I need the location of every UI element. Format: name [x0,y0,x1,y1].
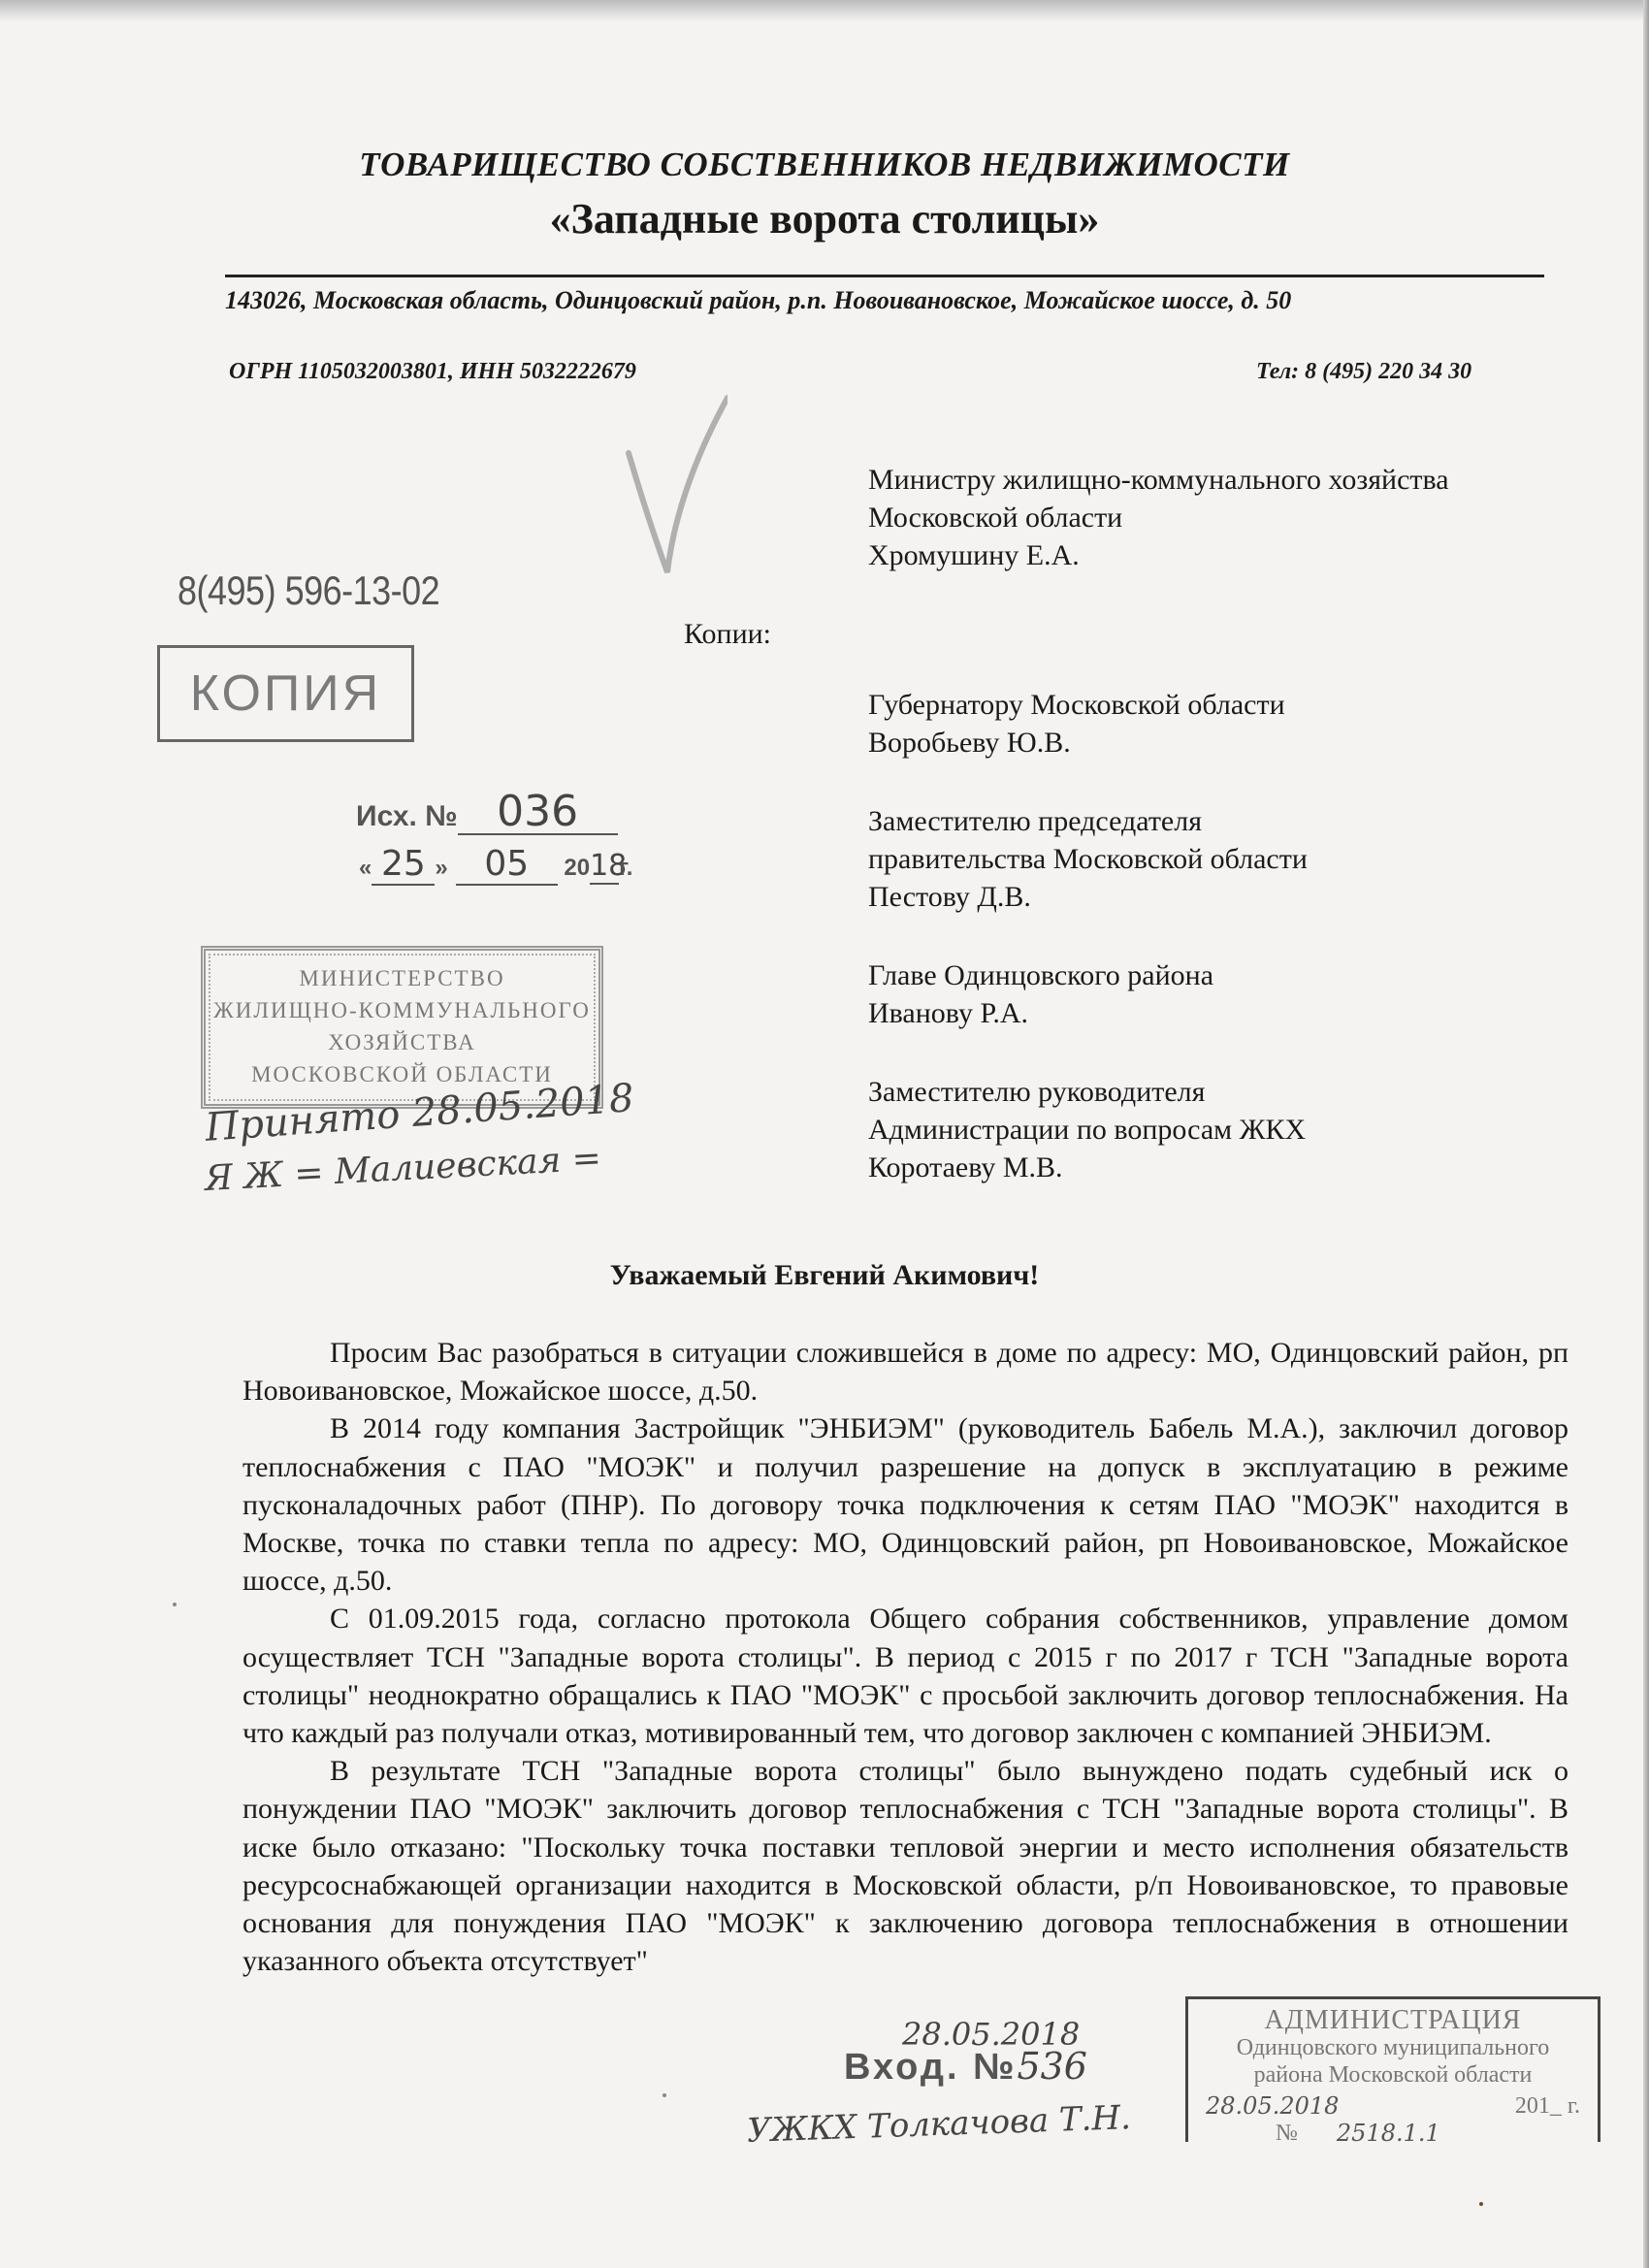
incoming-signature: УЖКХ Толкачова Т.Н. [746,2098,1131,2151]
incoming-number-stamp: Вход. №536 [844,2045,1087,2089]
incoming-number-label: Вход. № [844,2047,1017,2088]
recipient-line: Заместителю председателя [868,802,1567,840]
outgoing-year-prefix: 20 [564,855,590,881]
admin-stamp-number: 2518.1.1 [1337,2120,1440,2147]
outgoing-month: 05 [456,844,558,886]
incoming-number-value: 536 [1017,2045,1087,2088]
admin-stamp-line: района Московской области [1188,2061,1598,2089]
salutation: Уважаемый Евгений Акимович! [0,1259,1649,1292]
recipient-line: Иванову Р.А. [868,994,1567,1032]
outgoing-year-label: г. [619,855,632,881]
recipient-line: Губернатору Московской области [868,686,1567,724]
recipient-minister: Министру жилищно-коммунального хозяйства… [868,461,1567,574]
handwritten-phone: 8(495) 596-13-02 [178,567,439,614]
org-phone: Тел: 8 (495) 220 34 30 [1256,359,1471,385]
letter-body: Просим Вас разобраться в ситуации сложив… [242,1334,1568,1980]
copy-stamp: КОПИЯ [157,645,414,742]
admin-stamp-title: АДМИНИСТРАЦИЯ [1188,2007,1598,2034]
recipient-line: Коротаеву М.В. [868,1149,1567,1186]
recipients-spacer [868,574,1567,686]
recipient-deputy-chairman: Заместителю председателя правительства М… [868,802,1567,916]
scan-right-edge [1643,0,1649,2268]
scan-speck [173,1603,177,1606]
admin-stamp-line: Одинцовского муниципального [1188,2034,1598,2061]
scan-top-shadow [0,0,1649,21]
body-paragraph: В результате ТСН "Западные ворота столиц… [242,1752,1568,1980]
admin-stamp-number-label: № [1276,2120,1298,2147]
administration-stamp: АДМИНИСТРАЦИЯ Одинцовского муниципальног… [1185,1996,1600,2142]
admin-stamp-date-row: 28.05.2018 201_ г. [1188,2092,1598,2120]
outgoing-number-value: 036 [458,791,618,835]
outgoing-year-suffix: 18 [590,849,619,885]
recipient-line: Пестову Д.В. [868,878,1567,916]
recipient-line: Главе Одинцовского района [868,956,1567,994]
recipient-line: Хромушину Е.А. [868,536,1567,574]
handwritten-acceptance-signature: Я Ж = Малиевская = [204,1139,602,1199]
admin-stamp-number-row: № 2518.1.1 [1188,2120,1598,2147]
recipient-line: Заместителю руководителя [868,1073,1567,1111]
copies-label: Копии: [684,618,771,651]
body-paragraph: Просим Вас разобраться в ситуации сложив… [242,1334,1568,1409]
org-address: 143026, Московская область, Одинцовский … [225,286,1544,315]
admin-stamp-date: 28.05.2018 [1206,2092,1339,2120]
stamp-line: ХОЗЯЙСТВА [206,1026,598,1058]
body-paragraph: С 01.09.2015 года, согласно протокола Об… [242,1600,1568,1752]
recipient-district-head: Главе Одинцовского района Иванову Р.А. [868,956,1567,1032]
recipient-deputy-head: Заместителю руководителя Администрации п… [868,1073,1567,1186]
date-quote-open: « [359,855,372,881]
recipient-line: Администрации по вопросам ЖКХ [868,1111,1567,1149]
stamp-line: ЖИЛИЩНО-КОММУНАЛЬНОГО [206,994,598,1026]
org-registration: ОГРН 1105032003801, ИНН 5032222679 [229,359,636,385]
date-quote-close: » [435,855,447,881]
recipient-line: правительства Московской области [868,840,1567,878]
recipient-line: Воробьеву Ю.В. [868,724,1567,761]
checkmark-icon [601,383,727,577]
admin-stamp-year-label: 201_ г. [1515,2092,1580,2120]
recipients-block: Министру жилищно-коммунального хозяйства… [868,461,1567,1227]
stamp-line: МИНИСТЕРСТВО [206,962,598,994]
scan-speck [663,2093,666,2097]
outgoing-number: Исх. №036 [356,791,618,835]
org-type-heading: ТОВАРИЩЕСТВО СОБСТВЕННИКОВ НЕДВИЖИМОСТИ [0,146,1649,184]
outgoing-number-label: Исх. № [356,800,458,832]
outgoing-day: 25 [372,844,435,886]
org-name-heading: «Западные ворота столицы» [0,194,1649,243]
recipient-line: Министру жилищно-коммунального хозяйства [868,461,1567,499]
recipient-line: Московской области [868,499,1567,536]
recipient-governor: Губернатору Московской области Воробьеву… [868,686,1567,761]
outgoing-date: «25»05 2018г. [359,844,632,886]
body-paragraph: В 2014 году компания Застройщик "ЭНБИЭМ"… [242,1409,1568,1600]
letterhead-divider [225,275,1544,277]
scan-speck [1479,2202,1483,2206]
